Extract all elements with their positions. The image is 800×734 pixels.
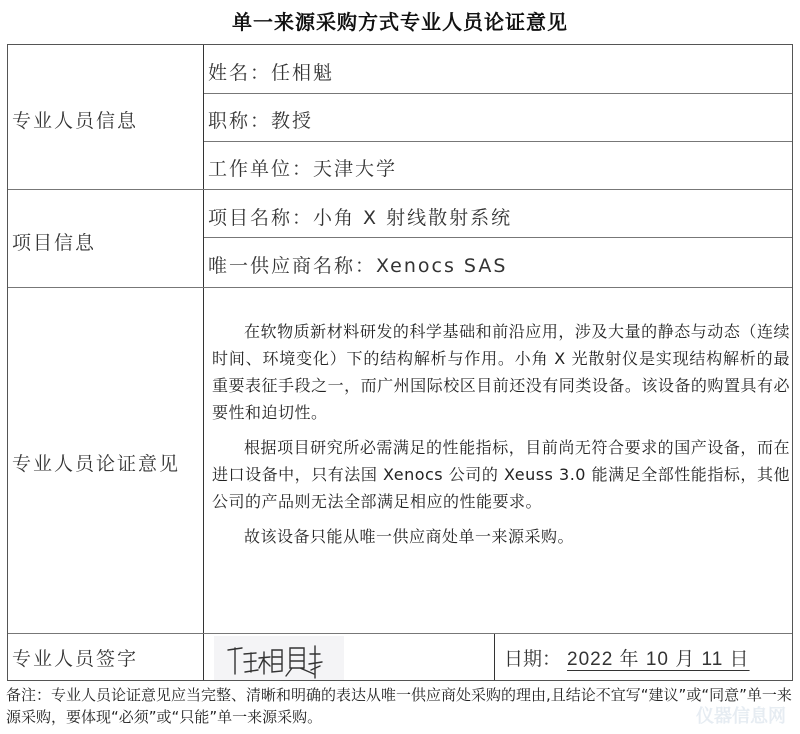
opinion-paragraph: 故该设备只能从唯一供应商处单一来源采购。 [212, 523, 790, 550]
handwritten-signature [214, 636, 344, 680]
document-title: 单一来源采购方式专业人员论证意见 [0, 6, 800, 35]
opinion-paragraph: 根据项目研究所必需满足的性能指标，目前尚无符合要求的国产设备，而在进口设备中，只… [212, 434, 790, 515]
signature-icon [214, 636, 344, 680]
date-divider [494, 633, 495, 680]
section-divider [8, 189, 792, 190]
watermark: 仪器信息网 [696, 702, 786, 728]
row-divider [204, 141, 792, 142]
section-divider [8, 633, 792, 634]
expert-info-label: 专业人员信息 [12, 106, 138, 133]
project-name: 项目名称：小角 X 射线散射系统 [208, 203, 512, 230]
sole-supplier: 唯一供应商名称：Xenocs SAS [208, 251, 507, 278]
date-value: 2022 年 10 月 11 日 [567, 649, 750, 670]
opinion-paragraph: 在软物质新材料研发的科学基础和前沿应用，涉及大量的静态与动态（连续时间、环境变化… [212, 318, 790, 426]
date-label: 日期： [504, 648, 561, 670]
signature-date: 日期：2022 年 10 月 11 日 [504, 644, 750, 671]
project-info-label: 项目信息 [12, 228, 96, 255]
row-divider [204, 93, 792, 94]
expert-name: 姓名：任相魁 [208, 58, 334, 85]
section-divider [8, 287, 792, 288]
opinion-label: 专业人员论证意见 [12, 449, 180, 476]
opinion-text: 在软物质新材料研发的科学基础和前沿应用，涉及大量的静态与动态（连续时间、环境变化… [212, 318, 790, 558]
signature-label: 专业人员签字 [12, 644, 138, 671]
expert-title: 职称：教授 [208, 106, 313, 133]
row-divider [204, 237, 792, 238]
footnote: 备注：专业人员论证意见应当完整、清晰和明确的表达从唯一供应商处采购的理由,且结论… [6, 684, 796, 728]
expert-employer: 工作单位：天津大学 [208, 154, 397, 181]
